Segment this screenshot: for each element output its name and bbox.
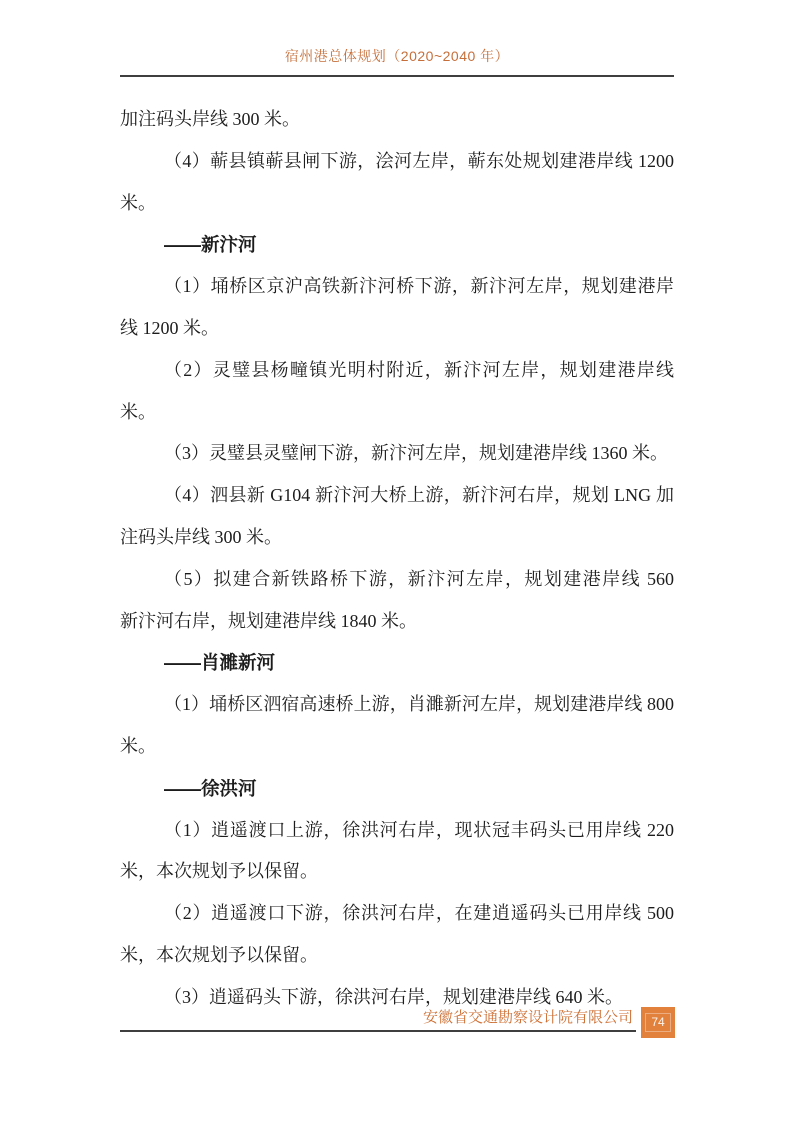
- document-page: 宿州港总体规划（2020~2040 年） 加注码头岸线 300 米。 （4）蕲县…: [0, 0, 794, 1122]
- footer-company: 安徽省交通勘察设计院有限公司: [423, 1007, 633, 1029]
- text-line: 米。: [120, 726, 674, 768]
- section-heading: ——徐洪河: [120, 768, 674, 810]
- text-line: （1）埇桥区京沪高铁新汴河桥下游，新汴河左岸，规划建港岸: [120, 266, 674, 308]
- page-number-badge: 74: [641, 1007, 675, 1038]
- page-number: 74: [645, 1013, 670, 1032]
- text-line: 米。: [120, 392, 674, 434]
- text-line: （2）逍遥渡口下游，徐洪河右岸，在建逍遥码头已用岸线 500: [120, 893, 674, 935]
- text-line: 米。: [120, 183, 674, 225]
- footer-rule: [120, 1030, 636, 1032]
- text-line: （2）灵璧县杨疃镇光明村附近，新汴河左岸，规划建港岸线 1200: [120, 350, 674, 392]
- text-line: 新汴河右岸，规划建港岸线 1840 米。: [120, 601, 674, 643]
- body-text: 加注码头岸线 300 米。 （4）蕲县镇蕲县闸下游，浍河左岸，蕲东处规划建港岸线…: [120, 99, 674, 1019]
- text-line: 米，本次规划予以保留。: [120, 935, 674, 977]
- text-line: 米，本次规划予以保留。: [120, 851, 674, 893]
- text-line: （4）泗县新 G104 新汴河大桥上游，新汴河右岸，规划 LNG 加: [120, 475, 674, 517]
- text-line: 线 1200 米。: [120, 308, 674, 350]
- text-line: （5）拟建合新铁路桥下游，新汴河左岸，规划建港岸线 560 米。: [120, 559, 674, 601]
- text-line: 注码头岸线 300 米。: [120, 517, 674, 559]
- text-line: 加注码头岸线 300 米。: [120, 99, 674, 141]
- header-rule: [120, 75, 674, 77]
- section-heading: ——肖濉新河: [120, 642, 674, 684]
- header-title: 宿州港总体规划（2020~2040 年）: [0, 46, 794, 66]
- section-heading: ——新汴河: [120, 224, 674, 266]
- text-line: （3）灵璧县灵璧闸下游，新汴河左岸，规划建港岸线 1360 米。: [120, 433, 674, 475]
- text-line: （1）逍遥渡口上游，徐洪河右岸，现状冠丰码头已用岸线 220: [120, 810, 674, 852]
- text-line: （1）埇桥区泗宿高速桥上游，肖濉新河左岸，规划建港岸线 800: [120, 684, 674, 726]
- text-line: （4）蕲县镇蕲县闸下游，浍河左岸，蕲东处规划建港岸线 1200: [120, 141, 674, 183]
